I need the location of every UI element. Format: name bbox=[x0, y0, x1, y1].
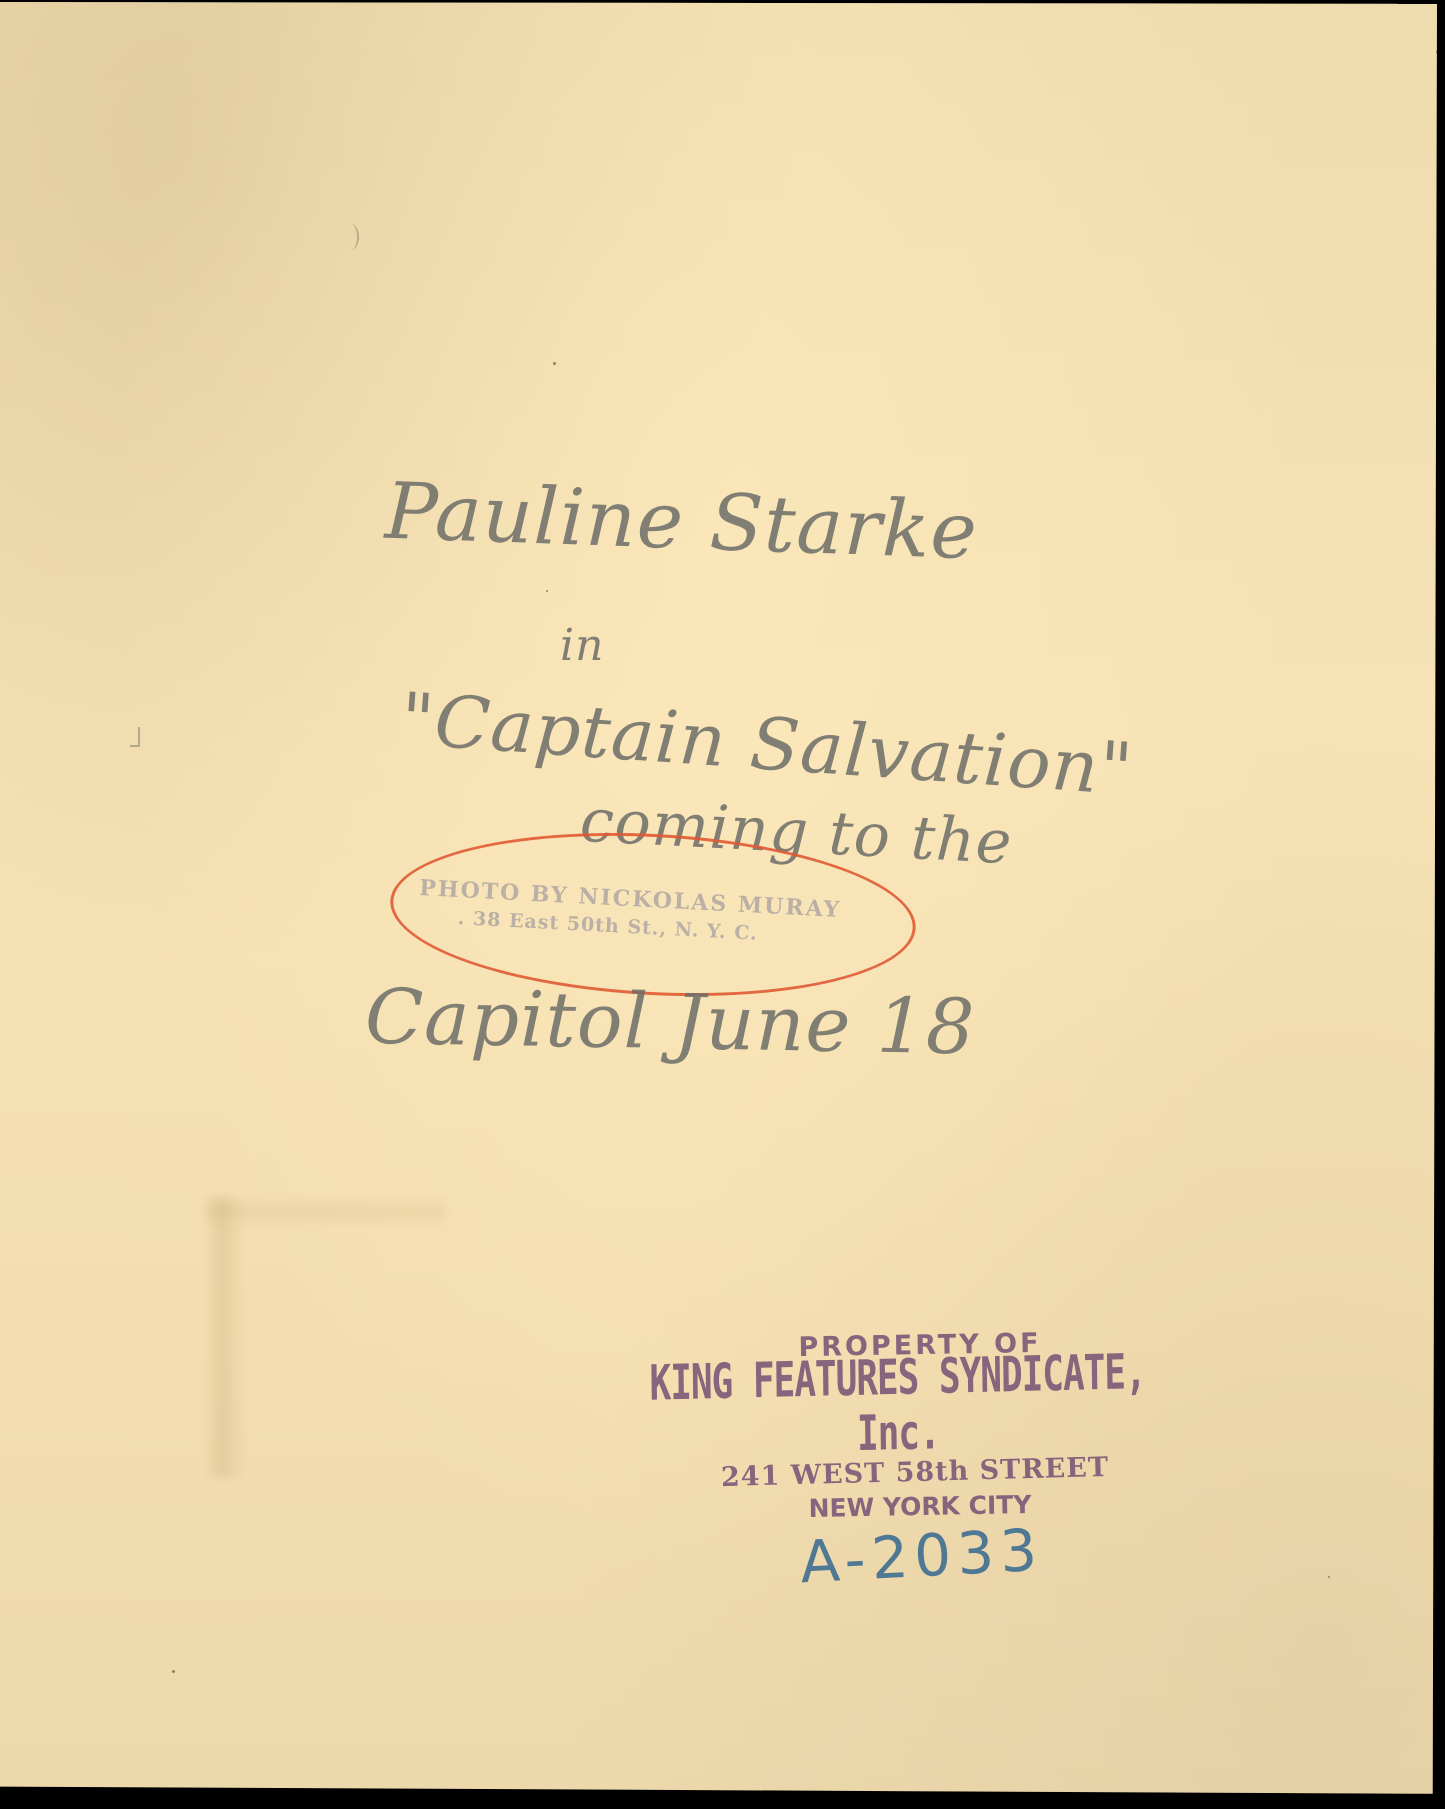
handwritten-in: in bbox=[560, 620, 604, 671]
paper-stain bbox=[205, 1197, 245, 1477]
stamp-syndicate-name: KING FEATURES SYNDICATE, Inc. bbox=[625, 1344, 1170, 1468]
handwritten-actress-name: Pauline Starke bbox=[384, 467, 980, 578]
stamp-city: NEW YORK CITY bbox=[670, 1488, 1170, 1526]
paper-speck bbox=[1328, 1576, 1330, 1578]
paper-speck bbox=[546, 590, 548, 592]
syndicate-property-stamp: PROPERTY OF KING FEATURES SYNDICATE, Inc… bbox=[630, 1330, 1170, 1521]
pencil-mark bbox=[130, 727, 140, 747]
catalog-number: A-2033 bbox=[798, 1516, 1044, 1597]
handwritten-venue-date: Capitol June 18 bbox=[364, 972, 976, 1072]
photo-back-page: Pauline Starke in "Captain Salvation" co… bbox=[0, 2, 1437, 1801]
pencil-mark bbox=[343, 224, 359, 250]
paper-speck bbox=[172, 1670, 175, 1673]
paper-speck bbox=[553, 362, 556, 365]
paper-stain bbox=[205, 1197, 445, 1227]
paper-speck bbox=[1436, 50, 1440, 54]
handwritten-film-title: "Captain Salvation" bbox=[398, 677, 1136, 812]
